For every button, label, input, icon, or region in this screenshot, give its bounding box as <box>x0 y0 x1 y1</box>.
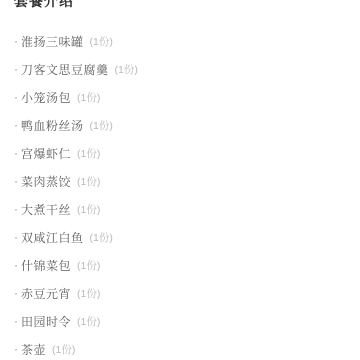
bullet-dot: · <box>14 287 18 299</box>
dish-name: 小笼汤包 <box>21 89 71 106</box>
dish-quantity: (1份) <box>77 286 100 301</box>
bullet-dot: · <box>14 175 18 187</box>
bullet-dot: · <box>14 343 18 355</box>
bullet-dot: · <box>14 35 18 47</box>
dish-name: 大煮干丝 <box>21 201 71 218</box>
dish-quantity: (1份) <box>52 342 75 357</box>
dish-row: ·小笼汤包(1份) <box>14 83 360 111</box>
dish-quantity: (1份) <box>77 90 100 105</box>
section-title: 套餐介绍 <box>14 0 360 9</box>
dish-row: ·大煮干丝(1份) <box>14 195 360 223</box>
dish-row: ·宫爆虾仁(1份) <box>14 139 360 167</box>
bullet-dot: · <box>14 315 18 327</box>
dish-quantity: (1份) <box>90 34 113 49</box>
dish-name: 田园时令 <box>21 313 71 330</box>
bullet-dot: · <box>14 203 18 215</box>
dish-name: 双咸江白鱼 <box>21 229 84 246</box>
dish-row: ·淮扬三味罐(1份) <box>14 27 360 55</box>
dish-name: 宫爆虾仁 <box>21 145 71 162</box>
dish-name: 茶壶 <box>21 341 46 358</box>
dish-row: ·刀客文思豆腐羹(1份) <box>14 55 360 83</box>
dish-quantity: (1份) <box>77 258 100 273</box>
dish-quantity: (1份) <box>115 62 138 77</box>
dish-name: 菜肉蒸饺 <box>21 173 71 190</box>
bullet-dot: · <box>14 259 18 271</box>
dish-name: 什锦菜包 <box>21 257 71 274</box>
dish-quantity: (1份) <box>77 314 100 329</box>
dish-list: ·淮扬三味罐(1份)·刀客文思豆腐羹(1份)·小笼汤包(1份)·鸭血粉丝汤(1份… <box>14 27 360 360</box>
dish-row: ·双咸江白鱼(1份) <box>14 223 360 251</box>
dish-row: ·赤豆元宵(1份) <box>14 279 360 307</box>
dish-row: ·茶壶(1份) <box>14 335 360 360</box>
dish-row: ·菜肉蒸饺(1份) <box>14 167 360 195</box>
dish-quantity: (1份) <box>77 146 100 161</box>
dish-quantity: (1份) <box>77 174 100 189</box>
bullet-dot: · <box>14 231 18 243</box>
dish-row: ·鸭血粉丝汤(1份) <box>14 111 360 139</box>
package-intro-panel: 套餐介绍 ·淮扬三味罐(1份)·刀客文思豆腐羹(1份)·小笼汤包(1份)·鸭血粉… <box>0 0 360 354</box>
dish-quantity: (1份) <box>90 118 113 133</box>
dish-name: 刀客文思豆腐羹 <box>21 61 109 78</box>
bullet-dot: · <box>14 91 18 103</box>
dish-quantity: (1份) <box>77 202 100 217</box>
bullet-dot: · <box>14 63 18 75</box>
dish-row: ·什锦菜包(1份) <box>14 251 360 279</box>
bullet-dot: · <box>14 119 18 131</box>
bullet-dot: · <box>14 147 18 159</box>
dish-name: 赤豆元宵 <box>21 285 71 302</box>
dish-name: 淮扬三味罐 <box>21 33 84 50</box>
dish-row: ·田园时令(1份) <box>14 307 360 335</box>
dish-quantity: (1份) <box>90 230 113 245</box>
dish-name: 鸭血粉丝汤 <box>21 117 84 134</box>
